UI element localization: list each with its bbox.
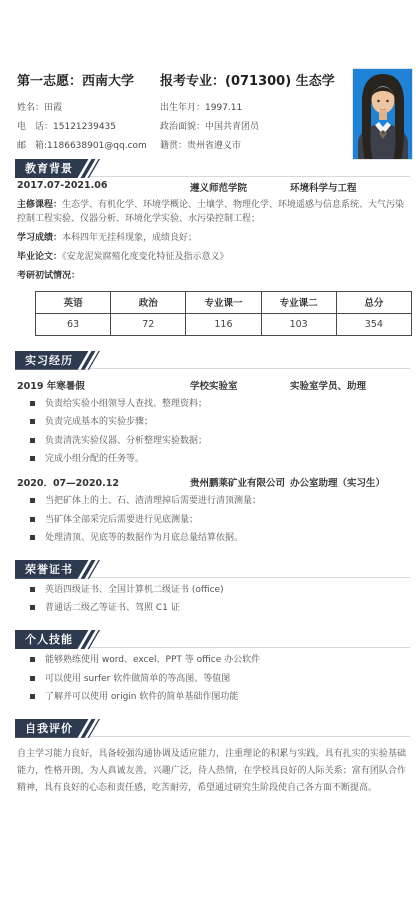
square-bullet-icon [30,456,35,461]
resume-page: 第一志愿：西南大学 报考专业：(071300) 生态学 姓名：田霞 电 话：15… [0,0,416,797]
email-value: 1186638901@qq.com [47,141,147,151]
id-photo-image [353,69,413,160]
internship-role: 实验室学员、助理 [290,378,410,392]
email-field: 邮 箱:1186638901@qq.com [17,138,160,151]
birth-value: 1997.11 [205,103,242,113]
internship-period: 2019 年寒暑假 [17,378,190,392]
birth-field: 出生年月：1997.11 [160,100,335,113]
internship-role: 办公室助理（实习生） [290,475,410,489]
skills-section-banner: 个人技能 [15,630,100,649]
internship-org: 学校实验室 [190,378,290,392]
honors-bullets: 英语四级证书、全国计算机二级证书 (office) 普通话二级乙等证书、驾照 C… [30,584,406,615]
score-header-major1: 专业课一 [186,291,261,313]
first-choice-title: 第一志愿：西南大学 [17,70,134,89]
name-value: 田霞 [44,103,62,113]
education-major: 环境科学与工程 [290,180,410,194]
education-entry-row: 2017.07-2021.06 遵义师范学院 环境科学与工程 [17,180,410,194]
square-bullet-icon [30,535,35,540]
score-major1: 116 [186,313,261,335]
square-bullet-icon [30,676,35,681]
education-section-banner: 教育背景 [15,159,100,178]
list-item: 负责完成基本的实验步骤； [30,416,406,429]
section-header-education: 教育背景 [15,157,410,177]
internship-bullets-2: 当把矿体上的土、石、渣清理掉后需要进行清顶测量； 当矿体全部采完后需要进行见底测… [30,495,406,545]
self-evaluation-text: 自主学习能力良好，具备较强沟通协调及适应能力，注重理论的积累与实践，具有扎实的实… [17,746,406,797]
honors-section-banner: 荣誉证书 [15,560,100,579]
score-english: 63 [36,313,111,335]
phone-value: 15121239435 [53,122,116,132]
square-bullet-icon [30,517,35,522]
list-item: 负责给实验小组领导人查找、整理资料； [30,398,406,411]
internship-period: 2020．07—2020.12 [17,475,190,489]
hometown-field: 籍贯：贵州省遵义市 [160,138,335,151]
score-total: 354 [336,313,411,335]
score-header-major2: 专业课二 [261,291,336,313]
education-courses: 主修课程：生态学、有机化学、环境学概论、土壤学、物理化学、环境遥感与信息系统、大… [17,199,408,227]
square-bullet-icon [30,498,35,503]
list-item: 处理清顶、见底等的数据作为月底总量结算依据。 [30,532,406,545]
education-thesis: 毕业论文：《安龙泥炭腐殖化度变化特征及指示意义》 [17,251,408,265]
apply-major-title: 报考专业：(071300) 生态学 [160,70,335,89]
internship-bullets-1: 负责给实验小组领导人查找、整理资料； 负责完成基本的实验步骤； 负责清洗实验仪器… [30,398,406,466]
self-evaluation-section-banner: 自我评价 [15,719,100,738]
education-exam-label: 考研初试情况： [17,270,408,284]
phone-field: 电 话：15121239435 [17,119,160,132]
score-table: 英语 政治 专业课一 专业课二 总分 63 72 116 103 354 [35,291,412,336]
list-item: 普通话二级乙等证书、驾照 C1 证 [30,602,406,615]
list-item: 完成小组分配的任务等。 [30,453,406,466]
square-bullet-icon [30,401,35,406]
score-header-english: 英语 [36,291,111,313]
name-field: 姓名：田霞 [17,100,160,113]
square-bullet-icon [30,419,35,424]
square-bullet-icon [30,657,35,662]
score-header-total: 总分 [336,291,411,313]
list-item: 当矿体全部采完后需要进行见底测量； [30,514,406,527]
section-header-honors: 荣誉证书 [15,558,410,578]
skills-bullets: 能够熟练使用 word、excel、PPT 等 office 办公软件 可以使用… [30,654,406,704]
list-item: 可以使用 surfer 软件做简单的等高图、等值图 [30,673,406,686]
list-item: 当把矿体上的土、石、渣清理掉后需要进行清顶测量； [30,495,406,508]
education-grades: 学习成绩：本科四年无挂科现象，成绩良好； [17,232,408,246]
square-bullet-icon [30,694,35,699]
list-item: 英语四级证书、全国计算机二级证书 (office) [30,584,406,597]
education-school: 遵义师范学院 [190,180,290,194]
hometown-value: 贵州省遵义市 [187,141,241,151]
internship-section-banner: 实习经历 [15,351,100,370]
personal-info-right: 出生年月：1997.11 政治面貌：中国共青团员 籍贯：贵州省遵义市 [160,100,335,157]
square-bullet-icon [30,587,35,592]
list-item: 了解并可以使用 origin 软件的简单基础作图功能 [30,691,406,704]
political-value: 中国共青团员 [205,122,259,132]
square-bullet-icon [30,605,35,610]
political-field: 政治面貌：中国共青团员 [160,119,335,132]
list-item: 能够熟练使用 word、excel、PPT 等 office 办公软件 [30,654,406,667]
id-photo [352,68,413,160]
personal-info-left: 姓名：田霞 电 话：15121239435 邮 箱:1186638901@qq.… [17,100,160,157]
score-table-value-row: 63 72 116 103 354 [36,313,412,335]
internship-org: 贵州鹏莱矿业有限公司 [190,475,290,489]
score-table-header-row: 英语 政治 专业课一 专业课二 总分 [36,291,412,313]
section-header-internship: 实习经历 [15,349,410,369]
score-header-politics: 政治 [111,291,186,313]
score-major2: 103 [261,313,336,335]
list-item: 负责清洗实验仪器、分析整理实验数据； [30,435,406,448]
internship-entry-row: 2019 年寒暑假 学校实验室 实验室学员、助理 [17,378,410,392]
education-period: 2017.07-2021.06 [17,180,190,194]
square-bullet-icon [30,438,35,443]
internship-entry-row: 2020．07—2020.12 贵州鹏莱矿业有限公司 办公室助理（实习生） [17,475,410,489]
section-header-self-evaluation: 自我评价 [15,717,410,737]
score-politics: 72 [111,313,186,335]
section-header-skills: 个人技能 [15,628,410,648]
